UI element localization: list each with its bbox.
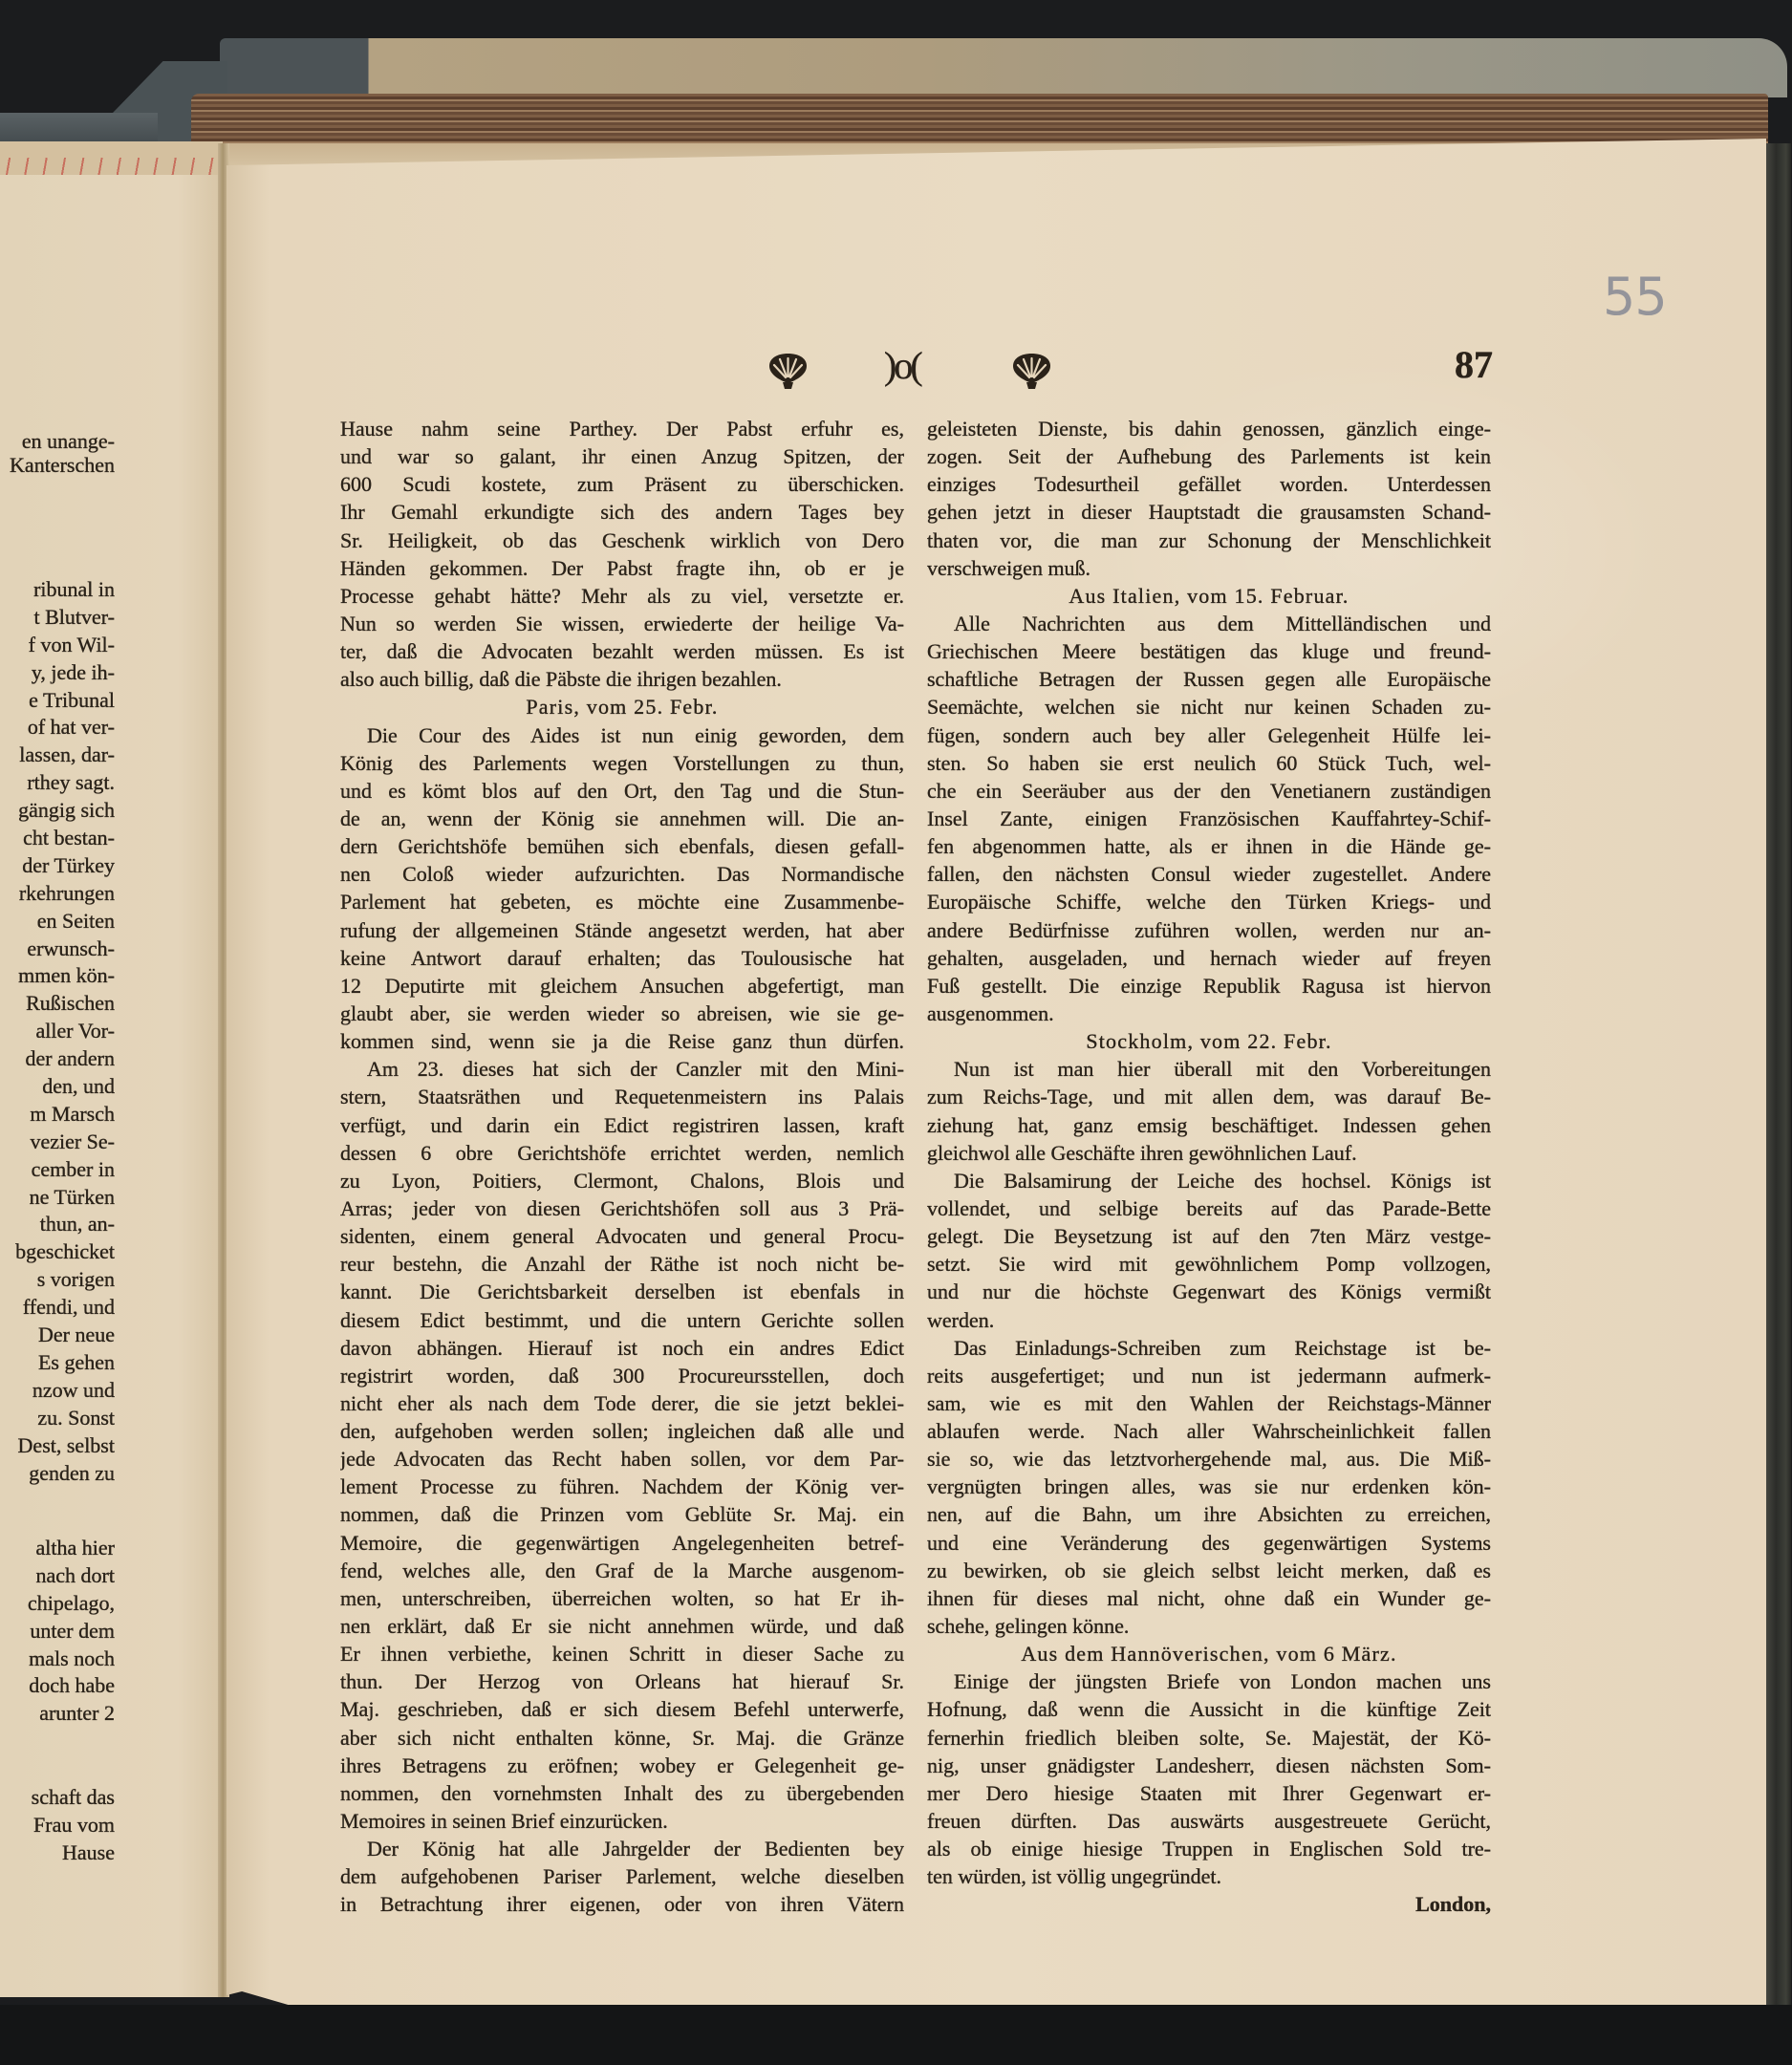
text-line: Die Cour des Aides ist nun einig geworde… (340, 721, 904, 749)
text-line: und war so galant, ihr einen Anzug Spitz… (340, 442, 904, 470)
shell-ornament-icon (1010, 352, 1053, 390)
previous-page: en unange-Kanterschen ribunal int Blutve… (0, 175, 223, 1997)
text-line: nig, unser gnädigster Landesherr, diesen… (927, 1752, 1491, 1779)
text-line-fragment: of hat ver- (0, 714, 115, 742)
text-line: nicht eher als nach dem Tode derer, die … (340, 1389, 904, 1417)
text-line-fragment: cember in (0, 1156, 115, 1184)
text-line: stern, Staatsräthen und Requetenmeistern… (340, 1083, 904, 1110)
text-line-fragment: y, jede ih- (0, 659, 115, 687)
text-line: Paris, vom 25. Febr. (340, 693, 904, 721)
text-line-fragment: gängig sich (0, 797, 115, 825)
text-line-fragment: chipelago, (0, 1590, 115, 1618)
text-line: werden. (927, 1306, 1491, 1334)
text-line: und es kömt blos auf den Ort, den Tag un… (340, 777, 904, 805)
book-cover-right-edge (1766, 143, 1791, 2005)
text-line-fragment: genden zu (0, 1460, 115, 1488)
text-line: Griechischen Meere bestätigen das kluge … (927, 637, 1491, 665)
previous-page-fragment: ribunal int Blutver-f von Wil-y, jede ih… (0, 576, 115, 1487)
text-line: schaftliche Betragen der Russen gegen al… (927, 665, 1491, 693)
text-line-fragment: cht bestan- (0, 825, 115, 852)
text-line: Einige der jüngsten Briefe von London ma… (927, 1667, 1491, 1695)
text-line: nen, auf die Bahn, um ihre Absichten zu … (927, 1500, 1491, 1528)
text-line: aber sich nicht enthalten könne, Sr. Maj… (340, 1724, 904, 1752)
text-line-fragment: f von Wil- (0, 632, 115, 659)
text-line: ter, daß die Advocaten bezahlt werden mü… (340, 637, 904, 665)
text-line-fragment: Dest, selbst (0, 1432, 115, 1460)
text-line: Der König hat alle Jahrgelder der Bedien… (340, 1835, 904, 1862)
text-line: kannt. Die Gerichtsbarkeit derselben ist… (340, 1278, 904, 1305)
text-line-fragment: en Seiten (0, 908, 115, 936)
text-line: Fuß gestellt. Die einzige Republik Ragus… (927, 972, 1491, 1000)
text-line: einziges Todesurtheil gefället worden. U… (927, 470, 1491, 498)
text-line: de an, wenn der König sie annehmen will.… (340, 805, 904, 832)
text-line-fragment: t Blutver- (0, 604, 115, 632)
text-line-fragment: ffendi, und (0, 1294, 115, 1322)
text-line: dern Gerichtshöfe bemühen sich ebenfals,… (340, 832, 904, 860)
text-line: London, (927, 1890, 1491, 1918)
text-line: jede Advocaten das Recht haben sollen, v… (340, 1445, 904, 1473)
text-line-fragment: ne Türken (0, 1184, 115, 1212)
text-line-fragment: doch habe (0, 1672, 115, 1700)
text-line-fragment: mmen kön- (0, 962, 115, 990)
text-line: Seemächte, welchen sie nicht nur keinen … (927, 693, 1491, 721)
text-line-fragment: vezier Se- (0, 1129, 115, 1156)
text-line: diesem Edict bestimmt, und die untern Ge… (340, 1306, 904, 1334)
text-line: Processe gehabt hätte? Mehr als zu viel,… (340, 582, 904, 610)
text-line-fragment: unter dem (0, 1618, 115, 1646)
text-line: König des Parlements wegen Vorstellungen… (340, 749, 904, 777)
text-line: Händen gekommen. Der Pabst fragte ihn, o… (340, 554, 904, 582)
text-line: also auch billig, daß die Päbste die ihr… (340, 665, 904, 693)
text-line-fragment: arunter 2 (0, 1700, 115, 1728)
pencil-folio-number: 55 (1603, 269, 1667, 326)
text-line: gehalten, ausgeladen, und hernach wieder… (927, 944, 1491, 972)
text-line: ihnen für dieses mal nicht, ohne daß ein… (927, 1584, 1491, 1612)
text-line: verschweigen muß. (927, 554, 1491, 582)
text-line: ausgenommen. (927, 1000, 1491, 1027)
text-line: zum Reichs-Tage, und mit allen dem, was … (927, 1083, 1491, 1110)
text-line: zogen. Seit der Aufhebung des Parlements… (927, 442, 1491, 470)
background-bottom (0, 2005, 1792, 2065)
text-line-fragment: mals noch (0, 1646, 115, 1673)
text-line: setzt. Sie wird mit gewöhnlichem Pomp vo… (927, 1250, 1491, 1278)
text-line-fragment: lassen, dar- (0, 742, 115, 769)
text-line: Nun ist man hier überall mit den Vorbere… (927, 1055, 1491, 1083)
text-line: fallen, den nächsten Consul wieder zuges… (927, 860, 1491, 888)
text-line: fen abgenommen hatte, als er ihnen in di… (927, 832, 1491, 860)
text-line: Nun so werden Sie wissen, erwiederte der… (340, 610, 904, 637)
text-line: reur bestehn, die Anzahl der Räthe ist n… (340, 1250, 904, 1278)
text-line: Insel Zante, einigen Französischen Kauff… (927, 805, 1491, 832)
text-line: Er ihnen verbiethe, keinen Schritt in di… (340, 1640, 904, 1667)
text-line-fragment: m Marsch (0, 1101, 115, 1129)
text-line: in Betrachtung ihrer eigenen, oder von i… (340, 1890, 904, 1918)
text-line: Maj. geschrieben, daß er sich diesem Bef… (340, 1695, 904, 1723)
ornament-center-glyph: )o( (884, 345, 920, 387)
text-line-fragment: den, und (0, 1073, 115, 1101)
text-line: gehen jetzt in dieser Hauptstadt die gra… (927, 498, 1491, 526)
text-line: verfügt, und darin ein Edict registriren… (340, 1111, 904, 1139)
text-line: mer Dero hiesige Staaten mit Ihrer Gegen… (927, 1779, 1491, 1807)
text-line: Sr. Heiligkeit, ob das Geschenk wirklich… (340, 527, 904, 554)
text-line: Die Balsamirung der Leiche des hochsel. … (927, 1167, 1491, 1194)
text-line: Europäische Schiffe, welche den Türken K… (927, 888, 1491, 915)
text-line: reits ausgefertiget; und nun ist jederma… (927, 1362, 1491, 1389)
previous-page-fragment: schaft dasFrau vomHause (0, 1784, 115, 1867)
text-line: nen Coloß wieder aufzurichten. Das Norma… (340, 860, 904, 888)
text-line: Aus dem Hannöverischen, vom 6 März. (927, 1640, 1491, 1667)
text-line: Hofnung, daß wenn die Aussicht in die kü… (927, 1695, 1491, 1723)
text-line: sie so, wie das letztvorhergehende mal, … (927, 1445, 1491, 1473)
text-line: Memoires in seinen Brief einzurücken. (340, 1807, 904, 1835)
text-line-fragment: Frau vom (0, 1812, 115, 1839)
text-line: und eine Veränderung des gegenwärtigen S… (927, 1529, 1491, 1557)
text-line-fragment: nach dort (0, 1562, 115, 1590)
left-text-column: Hause nahm seine Parthey. Der Pabst erfu… (340, 415, 904, 1919)
text-line-fragment: aller Vor- (0, 1018, 115, 1045)
text-line: davon abhängen. Hierauf ist noch ein and… (340, 1334, 904, 1362)
text-line: vergnügten bringen alles, was sie nur er… (927, 1473, 1491, 1500)
text-line: Alle Nachrichten aus dem Mittelländische… (927, 610, 1491, 637)
text-line-fragment: zu. Sonst (0, 1405, 115, 1432)
text-line-fragment: Der neue (0, 1322, 115, 1349)
text-line-fragment: Hause (0, 1839, 115, 1867)
text-line: rufung der allgemeinen Stände angesetzt … (340, 916, 904, 944)
text-line: che ein Seeräuber aus der den Venetianer… (927, 777, 1491, 805)
book-cover-top-edge (220, 38, 1787, 97)
page-number: 87 (1455, 343, 1493, 387)
text-line: men, unterschreiben, überreichen wolten,… (340, 1584, 904, 1612)
text-line-fragment: erwunsch- (0, 936, 115, 963)
text-line: keine Antwort darauf erhalten; das Toulo… (340, 944, 904, 972)
text-line: Das Einladungs-Schreiben zum Reichstage … (927, 1334, 1491, 1362)
text-line: den, aufgehoben werden sollen; ingleiche… (340, 1417, 904, 1445)
text-line: ziehung hat, ganz emsig beschäftiget. In… (927, 1111, 1491, 1139)
text-line: 600 Scudi kostete, zum Präsent zu übersc… (340, 470, 904, 498)
text-line: lement Processe zu führen. Nachdem der K… (340, 1473, 904, 1500)
text-line-fragment: s vorigen (0, 1266, 115, 1294)
previous-page-fragment: altha hiernach dortchipelago,unter demma… (0, 1535, 115, 1728)
text-line: sten. So haben sie erst neulich 60 Stück… (927, 749, 1491, 777)
text-line: fügen, sondern auch bey aller Gelegenhei… (927, 721, 1491, 749)
text-line-fragment: rkehrungen (0, 880, 115, 908)
previous-page-fragment: en unange-Kanterschen (0, 429, 115, 477)
text-line: thaten vor, die man zur Schonung der Men… (927, 527, 1491, 554)
text-line: geleisteten Dienste, bis dahin genossen,… (927, 415, 1491, 442)
text-line: Memoire, die gegenwärtigen Angelegenheit… (340, 1529, 904, 1557)
text-line: ten würden, ist völlig ungegründet. (927, 1862, 1491, 1890)
text-line: gleichwol alle Geschäfte ihren gewöhnlic… (927, 1139, 1491, 1167)
text-line: fend, welches alle, den Graf de la March… (340, 1557, 904, 1584)
text-line: als ob einige hiesige Truppen in Englisc… (927, 1835, 1491, 1862)
text-line: andere Bedürfnisse zuführen wollen, werd… (927, 916, 1491, 944)
text-line-fragment: nzow und (0, 1377, 115, 1405)
text-line: ihres Betragens zu eröfnen; wobey er Gel… (340, 1752, 904, 1779)
text-line: zu bewirken, ob sie gleich selbst leicht… (927, 1557, 1491, 1584)
text-line-fragment: Kanterschen (0, 453, 115, 477)
text-line: Aus Italien, vom 15. Februar. (927, 582, 1491, 610)
text-line-fragment: e Tribunal (0, 687, 115, 715)
text-line-fragment: ribunal in (0, 576, 115, 604)
text-line: zu Lyon, Poitiers, Clermont, Chalons, Bl… (340, 1167, 904, 1194)
text-line-fragment: en unange- (0, 429, 115, 453)
text-line-fragment: altha hier (0, 1535, 115, 1562)
text-line: Am 23. dieses hat sich der Canzler mit d… (340, 1055, 904, 1083)
text-line: dessen 6 obre Gerichtshöfe errichtet wer… (340, 1139, 904, 1167)
text-line: nen erklärt, daß Er sie nicht annehmen w… (340, 1612, 904, 1640)
current-page: 55 )o( 87 (227, 139, 1766, 2005)
text-line-fragment: bgeschicket (0, 1238, 115, 1266)
text-line: gelegt. Die Beysetzung ist auf den 7ten … (927, 1222, 1491, 1250)
text-line: vollendet, und selbige bereits auf das P… (927, 1194, 1491, 1222)
text-line-fragment: thun, an- (0, 1211, 115, 1238)
text-line: und nur die höchste Gegenwart des Königs… (927, 1278, 1491, 1305)
text-line-fragment: rthey sagt. (0, 769, 115, 797)
text-line-fragment: schaft das (0, 1784, 115, 1812)
text-line: freuen dürften. Das auswärts ausgestreue… (927, 1807, 1491, 1835)
text-line: Arras; jeder von diesen Gerichtshöfen so… (340, 1194, 904, 1222)
text-line-fragment: der andern (0, 1045, 115, 1073)
text-line: 12 Deputirte mit gleichem Ansuchen abgef… (340, 972, 904, 1000)
red-sprinkled-edge (0, 158, 223, 175)
binding-cloth-strip (0, 113, 158, 145)
text-line: Ihr Gemahl erkundigte sich des andern Ta… (340, 498, 904, 526)
text-line: ablaufen werde. Nach aller Wahrscheinlic… (927, 1417, 1491, 1445)
text-line: registrirt worden, daß 300 Procureursste… (340, 1362, 904, 1389)
text-line: kommen sind, wenn sie ja die Reise ganz … (340, 1027, 904, 1055)
right-text-column: geleisteten Dienste, bis dahin genossen,… (927, 415, 1491, 1919)
text-line: schehe, gelingen könne. (927, 1612, 1491, 1640)
text-line: fernerhin friedlich bleiben solte, Se. M… (927, 1724, 1491, 1752)
text-line-fragment: Rußischen (0, 990, 115, 1018)
text-line-fragment: Es gehen (0, 1349, 115, 1377)
text-line: Parlement hat gebeten, es möchte eine Zu… (340, 888, 904, 915)
text-line: Hause nahm seine Parthey. Der Pabst erfu… (340, 415, 904, 442)
text-line: sidenten, einem general Advocaten und ge… (340, 1222, 904, 1250)
text-line: Stockholm, vom 22. Febr. (927, 1027, 1491, 1055)
text-line: nommen, den vornehmsten Inhalt des zu üb… (340, 1779, 904, 1807)
text-line: nommen, daß die Prinzen vom Geblüte Sr. … (340, 1500, 904, 1528)
shell-ornament-icon (766, 352, 810, 390)
text-line-fragment: der Türkey (0, 852, 115, 880)
text-line: thun. Der Herzog von Orleans hat hierauf… (340, 1667, 904, 1695)
text-line: glaubt aber, sie werden wieder so abreis… (340, 1000, 904, 1027)
text-line: dem aufgehobenen Pariser Parlement, welc… (340, 1862, 904, 1890)
text-line: sam, wie es mit den Wahlen der Reichstag… (927, 1389, 1491, 1417)
